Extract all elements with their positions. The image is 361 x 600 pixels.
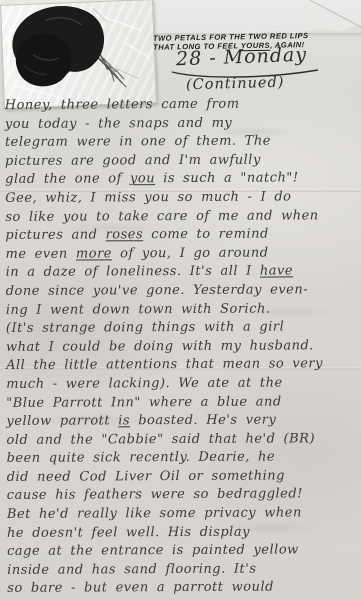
letter-line: cause his feathers were so bedraggled! [7, 486, 360, 506]
letter-line: All the little attentions that mean so v… [6, 355, 359, 375]
letter-line: been quite sick recently. Dearie, he [7, 448, 360, 468]
letter-line: what I could be doing with my husband. [6, 337, 359, 357]
letter-line: in a daze of loneliness. It's all I have [6, 262, 359, 282]
letter-line: cage at the entrance is painted yellow [7, 541, 360, 561]
letter-line: done since you've gone. Yesterday even- [6, 281, 359, 301]
letter-line: pictures and roses come to remind [5, 225, 358, 245]
letter-page: TWO PETALS FOR THE TWO RED LIPS THAT LON… [0, 0, 361, 600]
continued-heading: (Continued) [186, 75, 285, 94]
date-heading: 28 - Monday [176, 44, 308, 71]
letter-line: inside and has sand flooring. It's [7, 560, 360, 580]
letter-body: Honey, three letters came fromyou today … [5, 95, 361, 599]
letter-line: old and the "Cabbie" said that he'd (BR) [6, 430, 359, 450]
letter-line: so bare - but even a parrott would [7, 579, 360, 599]
letter-line: (It's strange doing things with a girl [6, 318, 359, 338]
letter-line: you today - the snaps and my [5, 114, 358, 134]
letter-line: yellow parrott is boasted. He's very [6, 411, 359, 431]
letter-line: Honey, three letters came from [5, 95, 358, 115]
letter-line: glad the one of you is such a "natch"! [5, 169, 358, 189]
letter-line: pictures are good and I'm awfully [5, 151, 358, 171]
tape-patch [0, 0, 157, 109]
letter-line: Bet he'd really like some privacy when [7, 504, 360, 524]
letter-line: so like you to take care of me and when [5, 207, 358, 227]
letter-line: "Blue Parrott Inn" where a blue and [6, 393, 359, 413]
letter-line: Gee, whiz, I miss you so much - I do [5, 188, 358, 208]
letter-line: he doesn't feel well. His display [7, 523, 360, 543]
letter-line: me even more of you, I go around [5, 244, 358, 264]
pressed-petals-icon [1, 0, 156, 108]
letter-line: did need Cod Liver Oil or something [7, 467, 360, 487]
letter-line: ing I went down town with Sorich. [6, 300, 359, 320]
letter-line: much - were lacking). We ate at the [6, 374, 359, 394]
letter-line: telegram were in one of them. The [5, 132, 358, 152]
